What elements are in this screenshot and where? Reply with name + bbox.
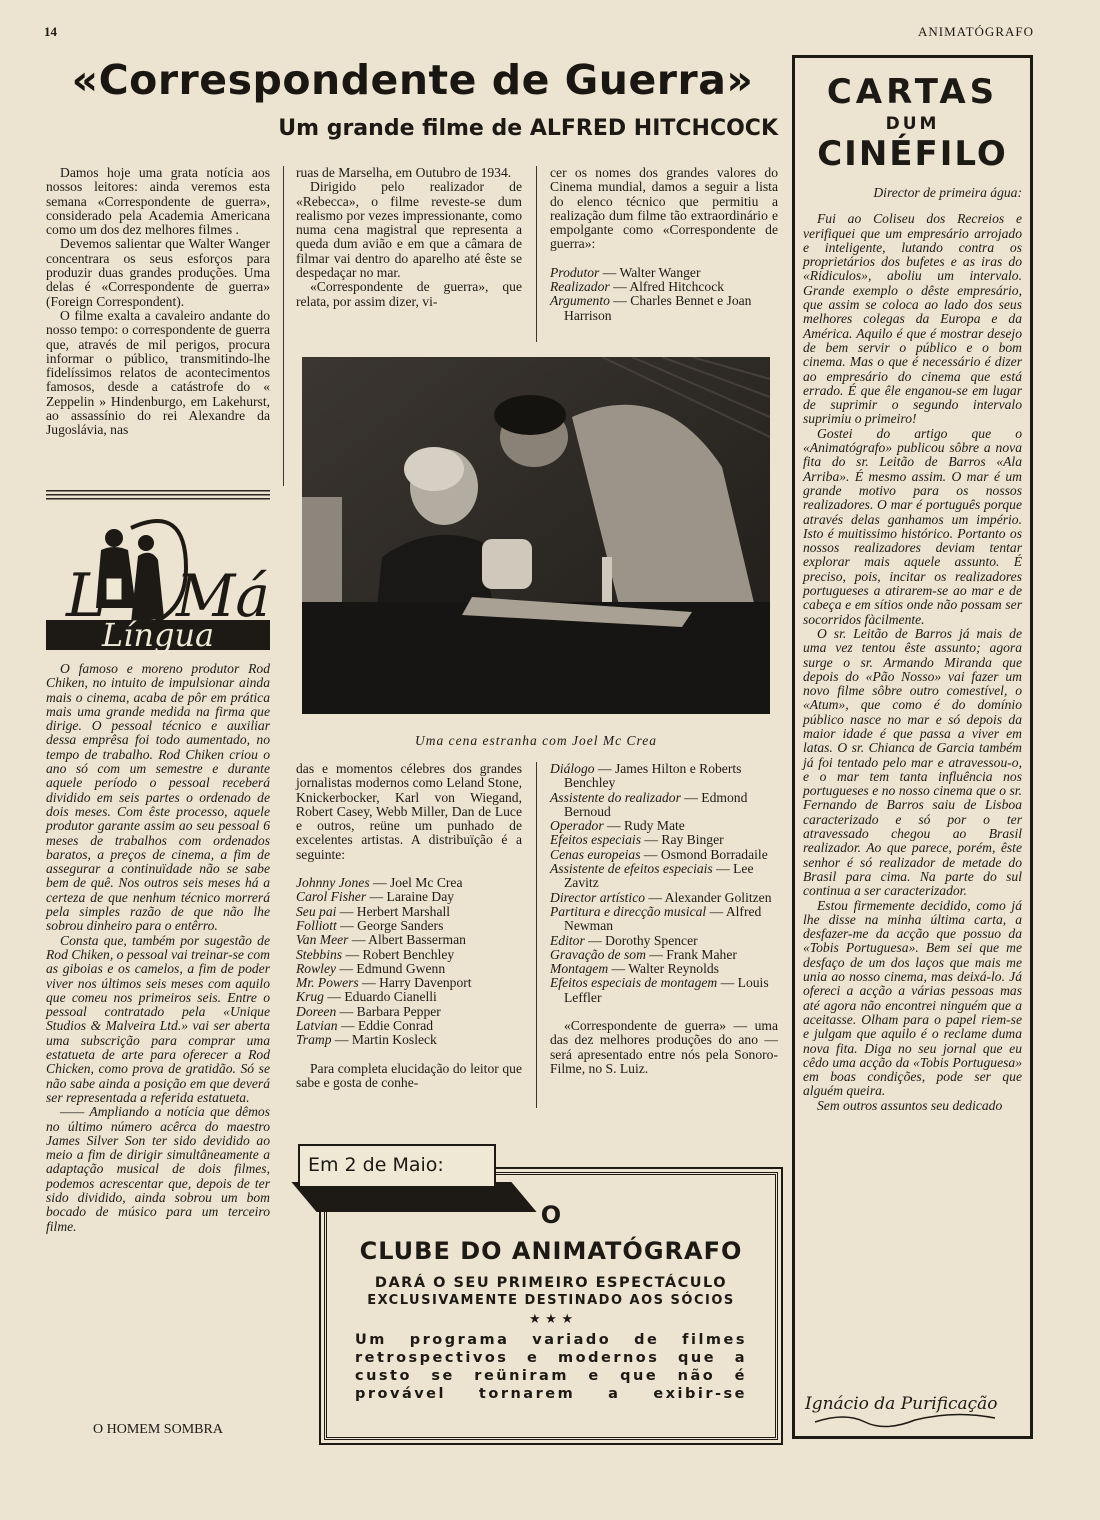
credit-row: Cenas europeias — Osmond Borradaile	[550, 848, 778, 862]
cartas-title-3: CINÉFILO	[795, 134, 1030, 174]
signature-flourish-icon	[805, 1410, 1005, 1430]
credit-row: Montagem — Walter Reynolds	[550, 962, 778, 976]
cartas-title-1: CARTAS	[795, 72, 1030, 112]
paragraph: Consta que, também por sugestão de Rod C…	[46, 934, 270, 1106]
ad-line-2: EXCLUSIVAMENTE DESTINADO AOS SÓCIOS	[327, 1293, 775, 1308]
salutation: Director de primeira água:	[803, 186, 1022, 200]
paragraph: O sr. Leitão de Barros já mais de uma ve…	[803, 627, 1022, 899]
credits-list-bottom: Diálogo — James Hilton e Roberts Benchle…	[550, 762, 778, 1005]
paragraph: Fui ao Coliseu dos Recreios e verifiquei…	[803, 212, 1022, 426]
paragraph: «Correspondente de guerra» — uma das dez…	[550, 1019, 778, 1076]
ad-line-1: DARÁ O SEU PRIMEIRO ESPECTÁCULO	[327, 1275, 775, 1291]
magazine-name: ANIMATÓGRAFO	[918, 24, 1034, 40]
cast-list: Johnny Jones — Joel Mc Crea Carol Fisher…	[296, 876, 522, 1048]
cast-row: Seu pai — Herbert Marshall	[296, 905, 522, 919]
cartas-letter: Director de primeira água: Fui ao Colise…	[803, 186, 1022, 1113]
cast-row: Rowley — Edmund Gwenn	[296, 962, 522, 976]
article-title: «Correspondente de Guerra»	[40, 56, 785, 104]
paragraph: Para completa elucidação do leitor que s…	[296, 1062, 522, 1091]
credit-row: Argumento — Charles Bennet e Joan Harris…	[550, 294, 778, 323]
paragraph: Sem outros assuntos seu dedicado	[803, 1099, 1022, 1113]
paragraph: Dirigido pelo realizador de «Rebecca», o…	[296, 180, 522, 280]
film-still-photo	[302, 357, 770, 714]
column-divider	[536, 762, 537, 1108]
paragraph: O famoso e moreno produtor Rod Chiken, n…	[46, 662, 270, 934]
credit-row: Director artístico — Alexander Golitzen	[550, 891, 778, 905]
svg-text:Língua: Língua	[101, 616, 214, 653]
article-column-3-bottom: Diálogo — James Hilton e Roberts Benchle…	[550, 762, 778, 1076]
article-column-3-top: cer os nomes dos grandes valores do Cine…	[550, 166, 778, 323]
paragraph: Damos hoje uma grata notícia aos nossos …	[46, 166, 270, 237]
paragraph: das e momentos célebres dos grandes jorn…	[296, 762, 522, 862]
photo-scene-icon	[302, 357, 770, 714]
credit-row: Diálogo — James Hilton e Roberts Benchle…	[550, 762, 778, 791]
article-column-2-top: ruas de Marselha, em Outubro de 1934. Di…	[296, 166, 522, 309]
credit-row: Editor — Dorothy Spencer	[550, 934, 778, 948]
credit-row: Assistente do realizador — Edmond Bernou…	[550, 791, 778, 820]
cast-row: Stebbins — Robert Benchley	[296, 948, 522, 962]
cast-row: Van Meer — Albert Basserman	[296, 933, 522, 947]
credit-row: Efeitos especiais de montagem — Louis Le…	[550, 976, 778, 1005]
credit-row: Assistente de efeitos especiais — Lee Za…	[550, 862, 778, 891]
paragraph: cer os nomes dos grandes valores do Cine…	[550, 166, 778, 252]
credit-row: Realizador — Alfred Hitchcock	[550, 280, 778, 294]
article-subtitle: Um grande filme de ALFRED HITCHCOCK	[40, 116, 778, 141]
cast-row: Tramp — Martin Kosleck	[296, 1033, 522, 1047]
ma-lingua-column: O famoso e moreno produtor Rod Chiken, n…	[46, 662, 270, 1234]
cast-row: Mr. Powers — Harry Davenport	[296, 976, 522, 990]
paragraph: —— Ampliando a notícia que dêmos no últi…	[46, 1105, 270, 1234]
ad-body: Um programa variado de filmes retrospect…	[355, 1331, 747, 1403]
article-column-1: Damos hoje uma grata notícia aos nossos …	[46, 166, 270, 438]
column-divider	[283, 166, 284, 486]
credit-row: Efeitos especiais — Ray Binger	[550, 833, 778, 847]
paragraph: ruas de Marselha, em Outubro de 1934.	[296, 166, 522, 180]
ad-club-name: CLUBE DO ANIMATÓGRAFO	[327, 1237, 775, 1265]
ad-date-tab: Em 2 de Maio:	[298, 1144, 496, 1188]
credit-row: Produtor — Walter Wanger	[550, 266, 778, 280]
wavy-divider	[46, 490, 270, 502]
paragraph: O filme exalta a cavaleiro andante do no…	[46, 309, 270, 438]
cast-row: Folliott — George Sanders	[296, 919, 522, 933]
column-divider	[536, 166, 537, 342]
gossip-women-icon: L Má Língua	[46, 508, 270, 653]
credits-list-top: Produtor — Walter Wanger Realizador — Al…	[550, 266, 778, 323]
cast-row: Doreen — Barbara Pepper	[296, 1005, 522, 1019]
cartas-title-2: DUM	[795, 114, 1030, 134]
paragraph: Estou firmemente decidido, como já lhe d…	[803, 899, 1022, 1099]
article-column-2-bottom: das e momentos célebres dos grandes jorn…	[296, 762, 522, 1090]
paragraph: Devemos salientar que Walter Wanger conc…	[46, 237, 270, 308]
ma-lingua-logo: L Má Língua	[46, 508, 270, 653]
cast-row: Latvian — Eddie Conrad	[296, 1019, 522, 1033]
ad-stars: ★ ★ ★	[327, 1312, 775, 1327]
cast-row: Krug — Eduardo Cianelli	[296, 990, 522, 1004]
cast-row: Carol Fisher — Laraine Day	[296, 890, 522, 904]
paragraph: «Correspondente de guerra», que relata, …	[296, 280, 522, 309]
cast-row: Johnny Jones — Joel Mc Crea	[296, 876, 522, 890]
credit-row: Operador — Rudy Mate	[550, 819, 778, 833]
photo-caption: Uma cena estranha com Joel Mc Crea	[300, 733, 772, 749]
ma-lingua-signoff: O HOMEM SOMBRA	[46, 1422, 270, 1438]
credit-row: Gravação de som — Frank Maher	[550, 948, 778, 962]
credit-row: Partitura e direcção musical — Alfred Ne…	[550, 905, 778, 934]
cartas-box: CARTAS DUM CINÉFILO Director de primeira…	[792, 55, 1033, 1439]
page-number: 14	[44, 24, 57, 40]
club-announcement: O CLUBE DO ANIMATÓGRAFO DARÁ O SEU PRIME…	[324, 1172, 778, 1440]
paragraph: Gostei do artigo que o «Animatógrafo» pu…	[803, 427, 1022, 627]
